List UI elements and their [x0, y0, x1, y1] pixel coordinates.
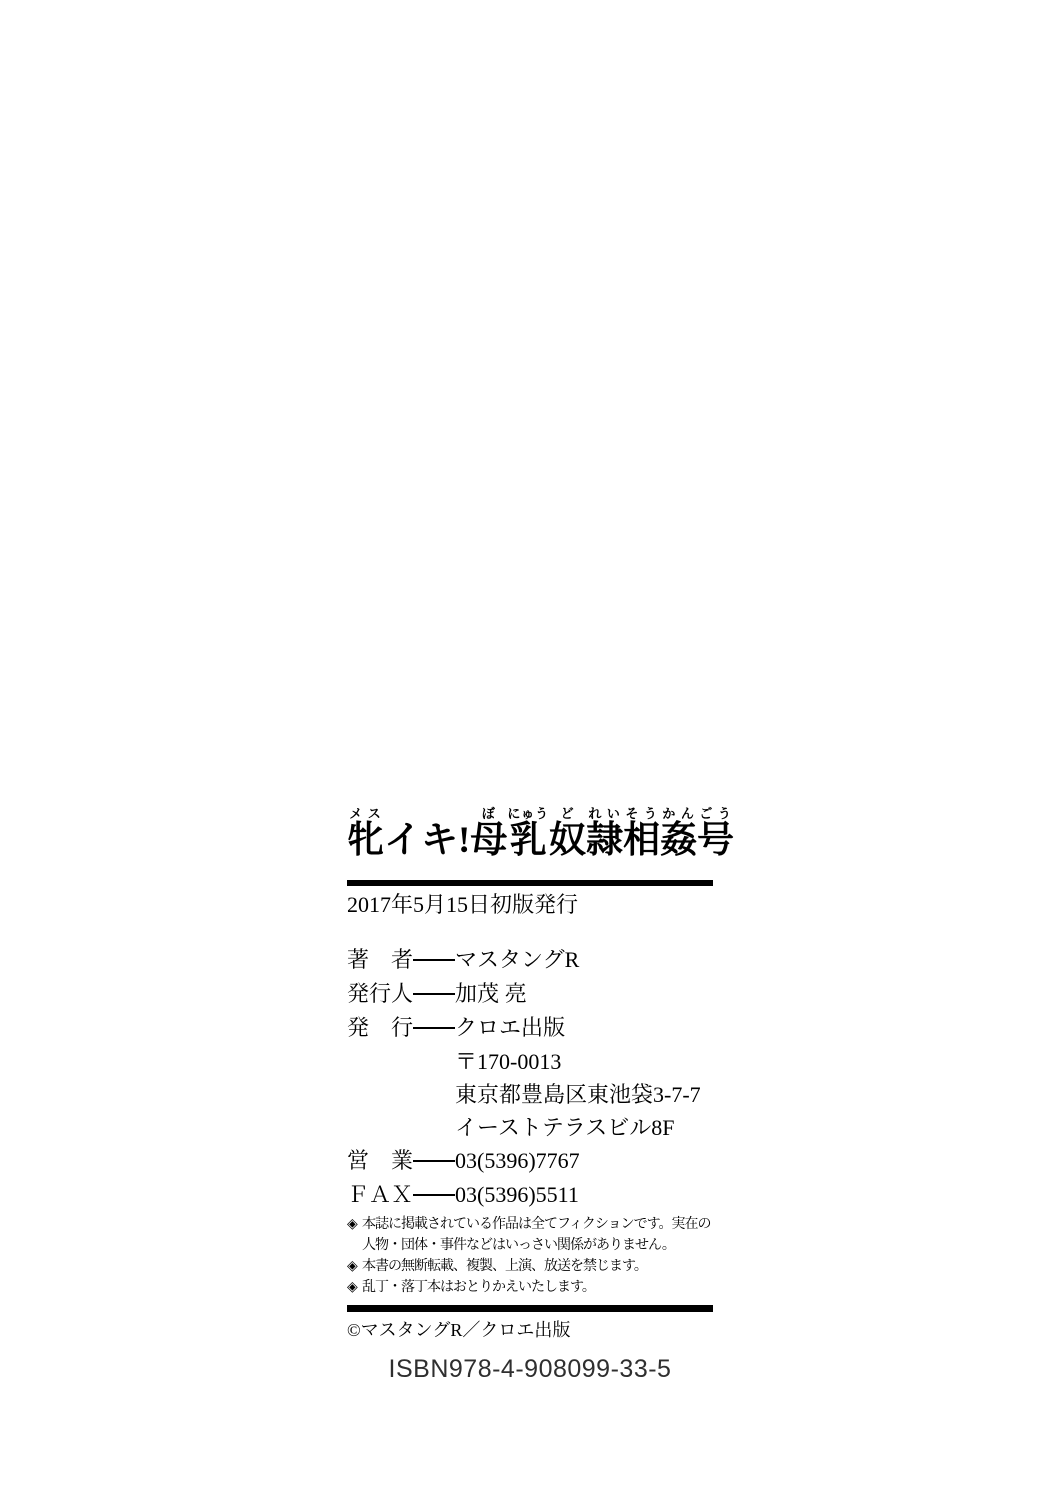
title-ruby: れい — [586, 806, 623, 821]
title-base: 号 — [697, 820, 734, 861]
publication-info: 著 者 マスタングR 発行人 加茂 亮 発 行 クロエ出版 〒170-0013 … — [347, 943, 713, 1212]
diamond-bullet-icon: ◈ — [347, 1256, 362, 1277]
publisher-address: 〒170-0013 東京都豊島区東池袋3-7-7 イーストテラスビル8F — [455, 1045, 713, 1144]
footer-divider-rule — [347, 1305, 713, 1312]
publisher-row: 発 行 クロエ出版 — [347, 1011, 713, 1045]
diamond-bullet-icon: ◈ — [347, 1277, 362, 1298]
title-base: 姦 — [660, 820, 697, 861]
title-ruby: かん — [660, 806, 697, 821]
title-segment: 牝メス — [347, 820, 384, 861]
notice-text: 乱丁・落丁本はおとりかえいたします。 — [362, 1280, 595, 1295]
title-segment: 姦かん — [660, 820, 697, 861]
diamond-bullet-icon: ◈ — [347, 1214, 362, 1235]
title-ruby: にゅう — [507, 806, 549, 821]
publication-date: 2017年5月15日初版発行 — [347, 891, 713, 919]
leader-dash — [413, 959, 455, 961]
title-ruby: ごう — [697, 806, 734, 821]
publisher-name: クロエ出版 — [455, 1011, 565, 1045]
title-segment: 隷れい — [586, 820, 623, 861]
fax-number: 03(5396)5511 — [455, 1178, 579, 1212]
issuer-label: 発行人 — [347, 977, 413, 1011]
notice-item: ◈乱丁・落丁本はおとりかえいたします。 — [347, 1277, 713, 1298]
notice-item: ◈本誌に掲載されている作品は全てフィクションです。実在の 人物・団体・事件などは… — [347, 1214, 713, 1256]
title-base: 乳 — [507, 820, 549, 861]
title-segment: イキ! — [384, 820, 470, 861]
author-row: 著 者 マスタングR — [347, 943, 713, 977]
title-base: 牝 — [347, 820, 384, 861]
copyright-line: ©マスタングR／クロエ出版 — [347, 1318, 713, 1343]
title-segment: 乳にゅう — [507, 820, 549, 861]
address-line-2: イーストテラスビル8F — [455, 1111, 713, 1144]
sales-phone-row: 営 業 03(5396)7767 — [347, 1144, 713, 1178]
title-base: イキ! — [384, 820, 470, 861]
address-line-1: 東京都豊島区東池袋3-7-7 — [455, 1078, 713, 1111]
title-ruby: そう — [623, 806, 660, 821]
book-title: 牝メスイキ!母ぼ乳にゅう奴ど隷れい相そう姦かん号ごう — [347, 806, 713, 859]
notice-item: ◈本書の無断転載、複製、上演、放送を禁じます。 — [347, 1256, 713, 1277]
title-segment: 母ぼ — [470, 820, 507, 861]
author-name: マスタングR — [455, 943, 579, 977]
isbn-number: ISBN978-4-908099-33-5 — [347, 1355, 713, 1384]
leader-dash — [413, 993, 455, 995]
title-segment: 号ごう — [697, 820, 734, 861]
title-ruby: メス — [347, 806, 384, 821]
author-label: 著 者 — [347, 943, 413, 977]
fax-label: ＦＡＸ — [347, 1178, 413, 1212]
colophon-page: 牝メスイキ!母ぼ乳にゅう奴ど隷れい相そう姦かん号ごう 2017年5月15日初版発… — [0, 0, 1057, 1500]
title-ruby: ど — [549, 806, 586, 821]
title-segment: 相そう — [623, 820, 660, 861]
title-base: 相 — [623, 820, 660, 861]
publisher-label: 発 行 — [347, 1011, 413, 1045]
legal-notices: ◈本誌に掲載されている作品は全てフィクションです。実在の 人物・団体・事件などは… — [347, 1214, 713, 1298]
title-ruby: ぼ — [470, 806, 507, 821]
notice-text: 本誌に掲載されている作品は全てフィクションです。実在の 人物・団体・事件などはい… — [362, 1217, 710, 1253]
colophon-block: 牝メスイキ!母ぼ乳にゅう奴ど隷れい相そう姦かん号ごう 2017年5月15日初版発… — [347, 806, 713, 1384]
title-base: 隷 — [586, 820, 623, 861]
title-base: 奴 — [549, 820, 586, 861]
title-segment: 奴ど — [549, 820, 586, 861]
title-divider-rule — [347, 880, 713, 886]
title-base: 母 — [470, 820, 507, 861]
notice-text: 本書の無断転載、複製、上演、放送を禁じます。 — [362, 1259, 647, 1274]
fax-row: ＦＡＸ 03(5396)5511 — [347, 1178, 713, 1212]
leader-dash — [413, 1194, 455, 1196]
issuer-row: 発行人 加茂 亮 — [347, 977, 713, 1011]
issuer-name: 加茂 亮 — [455, 977, 527, 1011]
postal-code: 〒170-0013 — [455, 1045, 713, 1078]
sales-phone-number: 03(5396)7767 — [455, 1144, 580, 1178]
sales-label: 営 業 — [347, 1144, 413, 1178]
leader-dash — [413, 1160, 455, 1162]
leader-dash — [413, 1027, 455, 1029]
